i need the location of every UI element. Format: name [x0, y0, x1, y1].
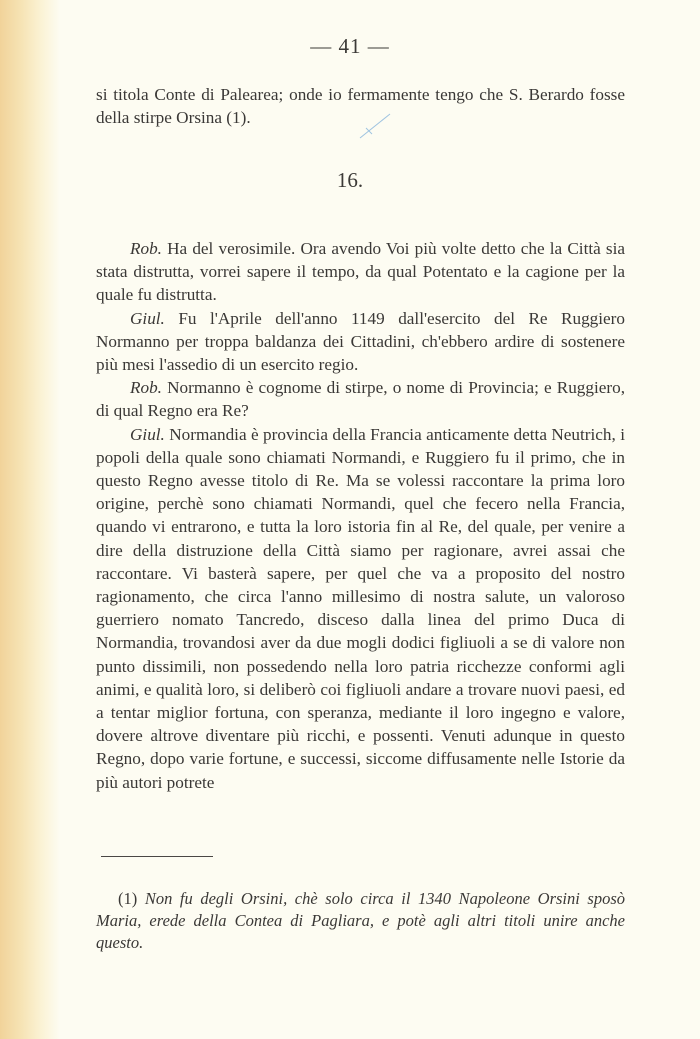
speaker-label: Rob. — [130, 378, 162, 397]
dialogue-text: Normandia è provincia della Francia anti… — [96, 425, 625, 792]
footnote-marker: (1) — [118, 889, 137, 908]
page-edge-shading — [0, 0, 60, 1039]
speaker-label: Giul. — [130, 425, 165, 444]
dialogue-paragraph: Rob. Normanno è cognome di stirpe, o nom… — [96, 376, 625, 422]
footnote-text: Non fu degli Orsini, chè solo circa il 1… — [96, 889, 625, 952]
dialogue-text: Fu l'Aprile dell'anno 1149 dall'esercito… — [96, 309, 625, 374]
dialogue-text: Ha del verosimile. Ora avendo Voi più vo… — [96, 239, 625, 304]
speaker-label: Giul. — [130, 309, 165, 328]
dialogue-text: Normanno è cognome di stirpe, o nome di … — [96, 378, 625, 420]
page-number: — 41 — — [0, 34, 700, 59]
footnote-divider — [101, 856, 213, 857]
dialogue-body: Rob. Ha del verosimile. Ora avendo Voi p… — [96, 237, 625, 794]
dialogue-paragraph: Giul. Fu l'Aprile dell'anno 1149 dall'es… — [96, 307, 625, 377]
speaker-label: Rob. — [130, 239, 162, 258]
footnote-paragraph: (1) Non fu degli Orsini, chè solo circa … — [96, 888, 625, 954]
dialogue-paragraph: Giul. Normandia è provincia della Franci… — [96, 423, 625, 794]
footnote: (1) Non fu degli Orsini, chè solo circa … — [96, 888, 625, 954]
pencil-mark-icon — [358, 112, 392, 140]
section-heading: 16. — [0, 168, 700, 193]
dialogue-paragraph: Rob. Ha del verosimile. Ora avendo Voi p… — [96, 237, 625, 307]
